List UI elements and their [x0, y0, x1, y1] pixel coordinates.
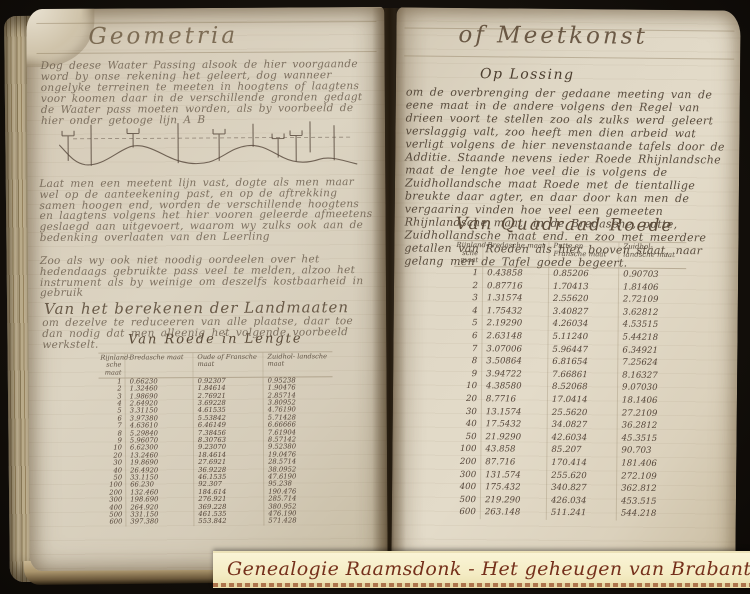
- levelling-survey-diagram: [59, 119, 359, 179]
- table-title-quadraad-roede: Van Quadraad Roede: [435, 214, 695, 236]
- table-cell: 42.6034: [547, 432, 617, 445]
- table-header-row: Rijnland- sche maat Bredasche maat Oude …: [98, 351, 332, 378]
- table-cell: 426.034: [546, 495, 616, 508]
- column-header: Zuidhol- landsche maat: [262, 352, 330, 376]
- table-cell: 571.428: [263, 518, 331, 526]
- table-cell: 0.87716: [482, 280, 548, 293]
- caption-banner: Genealogie Raamsdonk - Het geheugen van …: [213, 551, 750, 588]
- table-cell: 27.2109: [617, 407, 683, 420]
- table-cell: 5: [454, 317, 482, 330]
- table-title-roede-lengte: Van Roede in Lengte: [98, 331, 332, 347]
- table-cell: 0.43858: [482, 267, 548, 280]
- table-cell: 2.55620: [548, 293, 618, 306]
- table-cell: 544.218: [616, 508, 682, 521]
- table-cell: 3.50864: [481, 355, 547, 368]
- table-cell: 5.44218: [617, 332, 683, 345]
- table-cell: 3.07006: [481, 343, 547, 356]
- table-cell: 8.16327: [617, 369, 683, 382]
- column-header: Bredasche maat: [482, 241, 548, 267]
- table-cell: 2.63148: [481, 330, 547, 343]
- caption-text: Genealogie Raamsdonk - Het geheugen van …: [213, 558, 750, 583]
- table-cell: 8.52068: [547, 381, 617, 394]
- table-cell: 511.241: [546, 507, 616, 520]
- table-cell: 6.34921: [617, 344, 683, 357]
- table-cell: 8: [453, 355, 481, 368]
- table-cell: 18.1406: [617, 394, 683, 407]
- table-cell: 2: [454, 280, 482, 293]
- table-quadraad-roede: Rijnland- sche maat Bredasche maat Putte…: [452, 240, 687, 521]
- table-cell: 20: [453, 393, 481, 406]
- table-cell: 5.11240: [547, 331, 617, 344]
- table-cell: 8.7716: [481, 393, 547, 406]
- photo-frame: Geometria Dog deese Waater Passing alsoo…: [0, 0, 750, 594]
- ruled-line: [404, 55, 734, 59]
- table-cell: 2.19290: [482, 318, 548, 331]
- table-cell: 25.5620: [547, 406, 617, 419]
- table-cell: 85.207: [546, 444, 616, 457]
- table-body: 10.438580.852060.9070320.877161.704131.8…: [452, 267, 686, 521]
- table-cell: 1.31574: [482, 292, 548, 305]
- table-cell: 0.90703: [618, 269, 684, 282]
- table-cell: 4: [454, 305, 482, 318]
- table-cell: 36.2812: [617, 420, 683, 433]
- table-cell: 131.574: [480, 469, 546, 482]
- table-cell: 2.72109: [618, 294, 684, 307]
- table-cell: 17.0414: [547, 394, 617, 407]
- table-cell: 170.414: [546, 457, 616, 470]
- table-cell: 397.380: [125, 519, 193, 527]
- table-cell: 4.53515: [618, 319, 684, 332]
- table-cell: 45.3515: [617, 432, 683, 445]
- table-cell: 43.858: [480, 444, 546, 457]
- table-cell: 200: [452, 456, 480, 469]
- table-cell: 553.842: [193, 518, 263, 526]
- paragraph-pass-instrument: Zoo als wy ook niet noodig oordeelen ove…: [40, 254, 376, 299]
- table-cell: 340.827: [546, 482, 616, 495]
- table-cell: 255.620: [546, 469, 616, 482]
- table-roede-lengte: Rijnland- sche maat Bredasche maat Oude …: [98, 351, 333, 526]
- table-cell: 50: [453, 431, 481, 444]
- page-title-right: of Meetkonst: [458, 22, 648, 50]
- table-cell: 6.81654: [547, 356, 617, 369]
- table-cell: 4.26034: [548, 318, 618, 331]
- table-header-row: Rijnland- sche maat Bredasche maat Putte…: [454, 240, 686, 269]
- table-cell: 3.40827: [548, 306, 618, 319]
- ruled-line: [37, 51, 377, 54]
- table-cell: 400: [452, 481, 480, 494]
- table-cell: 0.85206: [548, 268, 618, 281]
- table-cell: 30: [453, 406, 481, 419]
- table-cell: 175.432: [480, 481, 546, 494]
- table-cell: 21.9290: [481, 431, 547, 444]
- table-cell: 500: [452, 494, 480, 507]
- manuscript-page-left: Geometria Dog deese Waater Passing alsoo…: [26, 7, 387, 571]
- column-header: Rijnland- sche maat: [98, 354, 124, 378]
- table-cell: 9.07030: [617, 382, 683, 395]
- table-cell: 1.70413: [548, 280, 618, 293]
- page-title-left: Geometria: [88, 23, 238, 50]
- table-cell: 7.66861: [547, 369, 617, 382]
- table-cell: 9: [453, 368, 481, 381]
- table-cell: 7: [453, 343, 481, 356]
- table-cell: 5.96447: [547, 343, 617, 356]
- table-cell: 300: [452, 468, 480, 481]
- table-cell: 272.109: [616, 470, 682, 483]
- table-cell: 6: [453, 330, 481, 343]
- column-header: Putte en Fransche maat: [548, 242, 618, 268]
- table-cell: 100: [452, 443, 480, 456]
- table-cell: 3.94722: [481, 368, 547, 381]
- table-cell: 4.38580: [481, 381, 547, 394]
- table-cell: 40: [453, 418, 481, 431]
- table-cell: 600: [99, 519, 125, 527]
- table-cell: 263.148: [480, 507, 546, 520]
- table-cell: 453.515: [616, 495, 682, 508]
- table-row: 600397.380553.842571.428: [99, 518, 333, 527]
- table-cell: 90.703: [616, 445, 682, 458]
- table-cell: 3: [454, 292, 482, 305]
- table-cell: 600: [452, 506, 480, 519]
- table-body: 10.662300.923070.9523821.324601.846141.9…: [99, 377, 334, 527]
- table-cell: 3.62812: [618, 306, 684, 319]
- column-header: Zuidhol- landsche maat: [618, 243, 684, 269]
- table-cell: 7.25624: [617, 357, 683, 370]
- table-cell: 1.81406: [618, 281, 684, 294]
- table-cell: 1.75432: [482, 305, 548, 318]
- manuscript-page-right: of Meetkonst Op Lossing om de overbrengi…: [391, 7, 740, 569]
- table-cell: 362.812: [616, 483, 682, 496]
- paragraph-meetlijn: Laat men een meetent lijn vast, dogte al…: [39, 177, 375, 244]
- table-cell: 1: [454, 267, 482, 280]
- worn-corner: [26, 7, 94, 67]
- table-cell: 87.716: [480, 456, 546, 469]
- paragraph-water-passing: Dog deese Waater Passing alsook de hier …: [41, 59, 373, 127]
- table-cell: 34.0827: [547, 419, 617, 432]
- table-cell: 181.406: [616, 457, 682, 470]
- table-row: 600263.148511.241544.218: [452, 506, 684, 521]
- table-cell: 13.1574: [481, 406, 547, 419]
- subheading-oplossing: Op Lossing: [480, 66, 575, 83]
- table-cell: 219.290: [480, 494, 546, 507]
- column-header: Oude of Fransche maat: [192, 353, 262, 377]
- column-header: Bredasche maat: [124, 353, 192, 377]
- column-header: Rijnland- sche maat: [454, 241, 482, 266]
- table-cell: 10: [453, 380, 481, 393]
- table-cell: 17.5432: [481, 418, 547, 431]
